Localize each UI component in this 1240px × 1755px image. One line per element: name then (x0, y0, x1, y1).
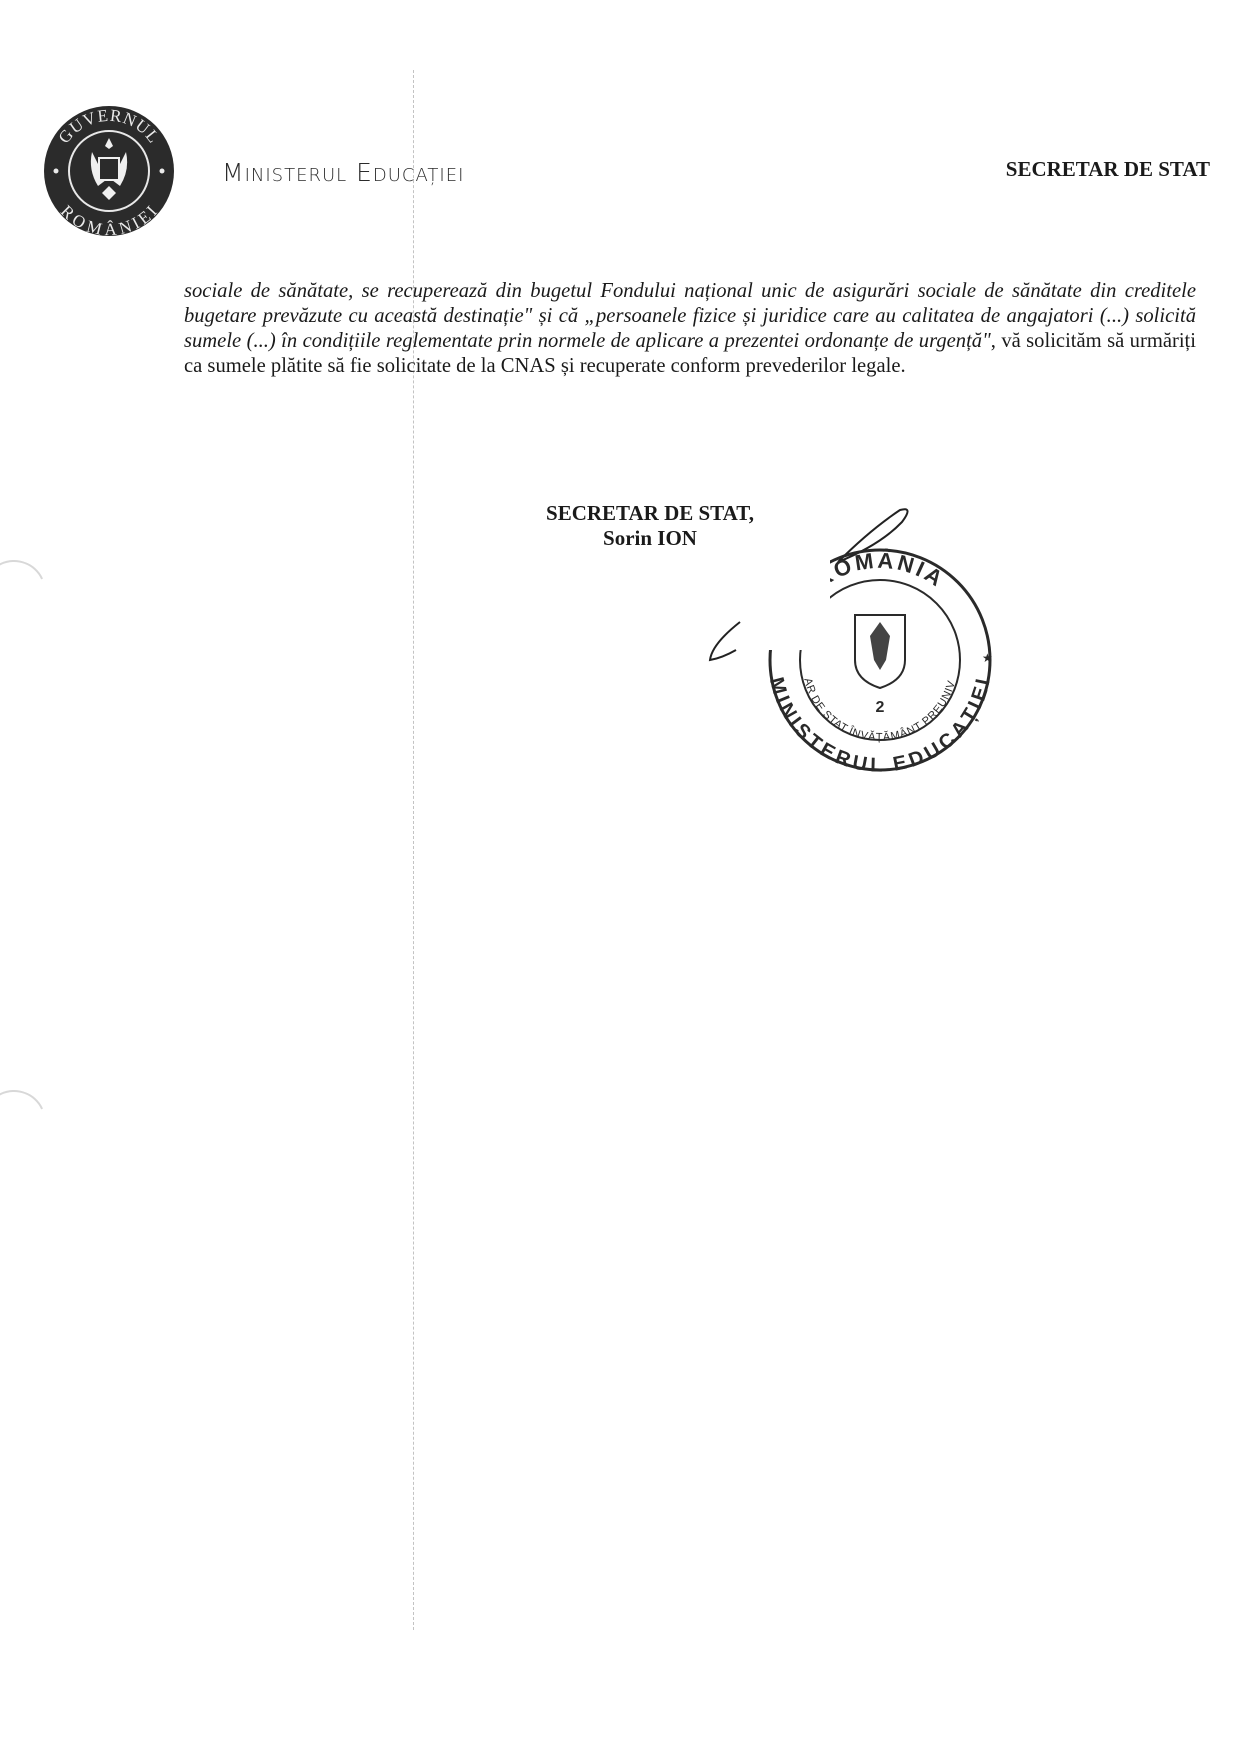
stamp-bottom-text: MINISTERUL EDUCAȚIEI (765, 675, 995, 777)
signatory-name: Sorin ION (530, 526, 770, 551)
coat-of-arms-icon (855, 615, 905, 688)
stamp-number: 2 (876, 699, 885, 716)
official-stamp: ROMÂNIA MINISTERUL EDUCAȚIEI SECRETAR DE… (760, 540, 1000, 780)
svg-text:MINISTERUL EDUCAȚIEI: MINISTERUL EDUCAȚIEI (765, 675, 995, 777)
stamp-top-text: ROMÂNIA (810, 548, 949, 593)
government-seal-logo: GUVERNUL ROMÂNIEI (42, 104, 176, 238)
svg-text:ROMÂNIA: ROMÂNIA (810, 548, 949, 593)
body-paragraph: sociale de sănătate, se recuperează din … (184, 279, 1196, 379)
hole-punch-mark (0, 1081, 55, 1163)
handwritten-signature-stroke (700, 610, 760, 670)
hole-punch-mark (0, 551, 55, 633)
ministry-name: Ministerul Educației (222, 158, 464, 187)
signature-title: SECRETAR DE STAT, (530, 501, 770, 526)
svg-text:★: ★ (982, 651, 993, 665)
header-role: SECRETAR DE STAT (1006, 157, 1210, 182)
signature-block: SECRETAR DE STAT, Sorin ION (530, 501, 770, 551)
